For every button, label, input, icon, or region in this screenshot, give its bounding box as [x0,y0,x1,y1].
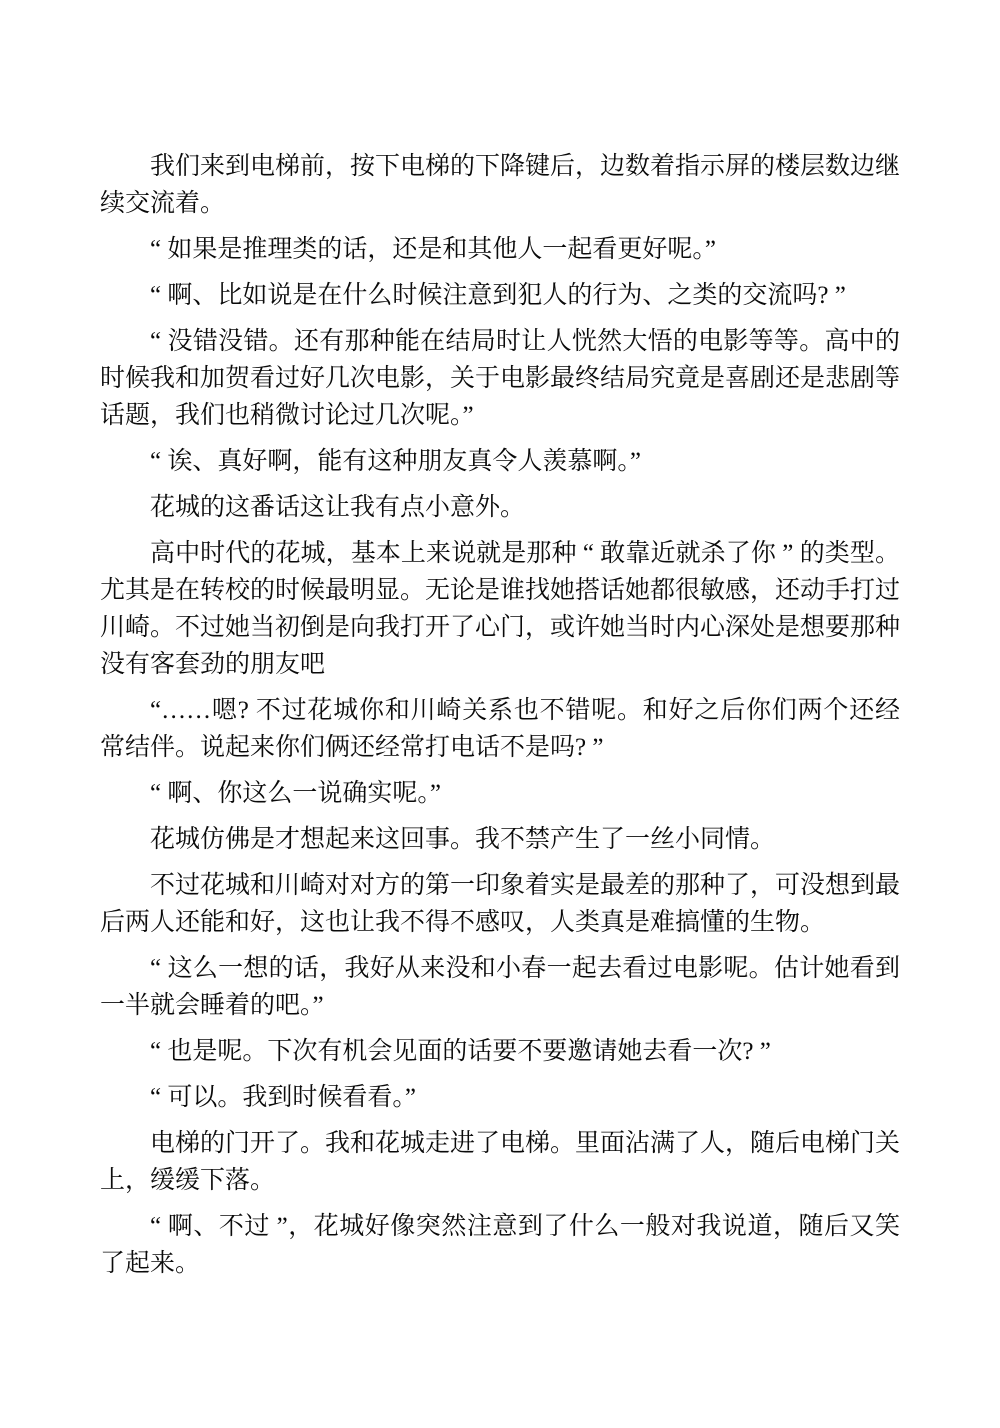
paragraph: “ 如果是推理类的话，还是和其他人一起看更好呢。” [100,231,900,268]
paragraph: 我们来到电梯前，按下电梯的下降键后，边数着指示屏的楼层数边继续交流着。 [100,148,900,222]
paragraph: “ 这么一想的话，我好从来没和小春一起去看过电影呢。估计她看到一半就会睡着的吧。… [100,950,900,1024]
text-content: 我们来到电梯前，按下电梯的下降键后，边数着指示屏的楼层数边继续交流着。 “ 如果… [100,148,900,1291]
paragraph: “……嗯? 不过花城你和川崎关系也不错呢。和好之后你们两个还经常结伴。说起来你们… [100,692,900,766]
paragraph: “ 啊、你这么一说确实呢。” [100,775,900,812]
paragraph: “ 没错没错。还有那种能在结局时让人恍然大悟的电影等等。高中的时候我和加贺看过好… [100,323,900,434]
paragraph: 花城的这番话这让我有点小意外。 [100,489,900,526]
paragraph: “ 可以。我到时候看看。” [100,1079,900,1116]
paragraph: 电梯的门开了。我和花城走进了电梯。里面沾满了人，随后电梯门关上，缓缓下落。 [100,1125,900,1199]
paragraph: “ 啊、比如说是在什么时候注意到犯人的行为、之类的交流吗? ” [100,277,900,314]
paragraph: 高中时代的花城，基本上来说就是那种 “ 敢靠近就杀了你 ” 的类型。尤其是在转校… [100,535,900,683]
paragraph: 不过花城和川崎对对方的第一印象着实是最差的那种了，可没想到最后两人还能和好，这也… [100,867,900,941]
document-page: 我们来到电梯前，按下电梯的下降键后，边数着指示屏的楼层数边继续交流着。 “ 如果… [0,0,1000,1428]
paragraph: 花城仿佛是才想起来这回事。我不禁产生了一丝小同情。 [100,821,900,858]
paragraph: “ 也是呢。下次有机会见面的话要不要邀请她去看一次? ” [100,1033,900,1070]
paragraph: “ 啊、不过 ”，花城好像突然注意到了什么一般对我说道，随后又笑了起来。 [100,1208,900,1282]
paragraph: “ 诶、真好啊，能有这种朋友真令人羡慕啊。” [100,443,900,480]
